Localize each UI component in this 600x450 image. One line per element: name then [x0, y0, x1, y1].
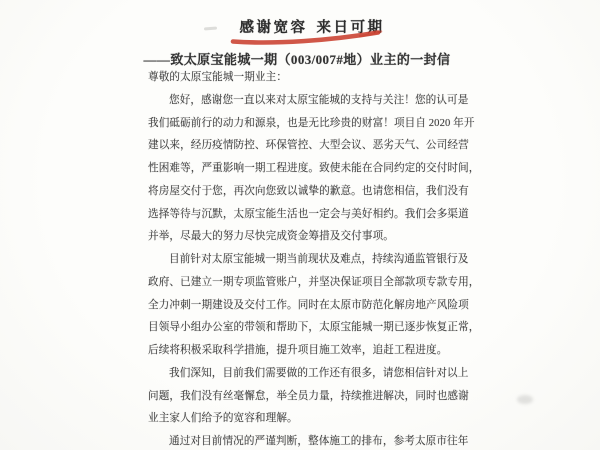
letter-body: 尊敬的太原宝能城一期业主： 您好，感谢您一直以来对太原宝能城的支持与关注！您的认… — [148, 67, 478, 450]
letter-line: 后续将积极采取科学措施，提升项目施工效率，追赶工程进度。 — [148, 340, 478, 363]
letter-line: 性困难等，严重影响一期工程进度。致使未能在合同约定的交付时间， — [148, 158, 478, 181]
letter-subtitle: ——致太原宝能城一期（003/007#地）业主的一封信 — [0, 49, 597, 68]
letter-line: 目领导小组办公室的带领和帮助下，太原宝能城一期已逐步恢复正常， — [148, 317, 478, 340]
letter-line: 通过对目前情况的严谨判断，整体施工的排布，参考太原市往年 — [148, 431, 478, 450]
letter-line: 我们砥砺前行的动力和源泉，也是无比珍贵的财富！项目自 2020 年开 — [148, 113, 478, 136]
letter-line: 目前针对太原宝能城一期当前现状及难点，持续沟通监管银行及 — [148, 249, 478, 272]
letter-line: 我们深知，目前我们需要做的工作还有很多，请您相信针对以上 — [148, 363, 478, 386]
letter-salutation: 尊敬的太原宝能城一期业主： — [148, 67, 478, 90]
scanned-letter-page: 感谢宽容来日可期 ——致太原宝能城一期（003/007#地）业主的一封信 尊敬的… — [0, 0, 600, 450]
letter-line: 建以来，经历疫情防控、环保管控、大型会议、恶劣天气、公司经营 — [148, 135, 478, 158]
letter-title: 感谢宽容来日可期 — [12, 16, 600, 37]
letter-title-part2: 来日可期 — [317, 20, 385, 36]
letter-line: 并举，尽最大的努力尽快完成资金筹措及交付事项。 — [148, 226, 478, 249]
letter-line: 业主家人们给予的宽容和理解。 — [148, 408, 478, 431]
letter-line: 将房屋交付于您，再次向您致以诚挚的歉意。也请您相信，我们没有 — [148, 181, 478, 204]
letter-line: 选择等待与沉默，太原宝能生活也一定会与美好相约。我们会多渠道 — [148, 204, 478, 227]
letter-line: 全力冲刺一期建设及交付工作。同时在太原市防范化解房地产风险项 — [148, 295, 478, 318]
letter-line: 问题，我们没有丝毫懈怠，举全员力量，持续推进解决，同时也感谢 — [148, 386, 478, 409]
letter-line: 您好，感谢您一直以来对太原宝能城的支持与关注！您的认可是 — [148, 90, 478, 113]
scan-artifact-smudge — [517, 395, 533, 404]
letter-line: 政府、已建立一期专项监管账户，并坚决保证项目全部款项专款专用， — [148, 272, 478, 295]
letter-title-part1: 感谢宽容 — [240, 20, 308, 36]
